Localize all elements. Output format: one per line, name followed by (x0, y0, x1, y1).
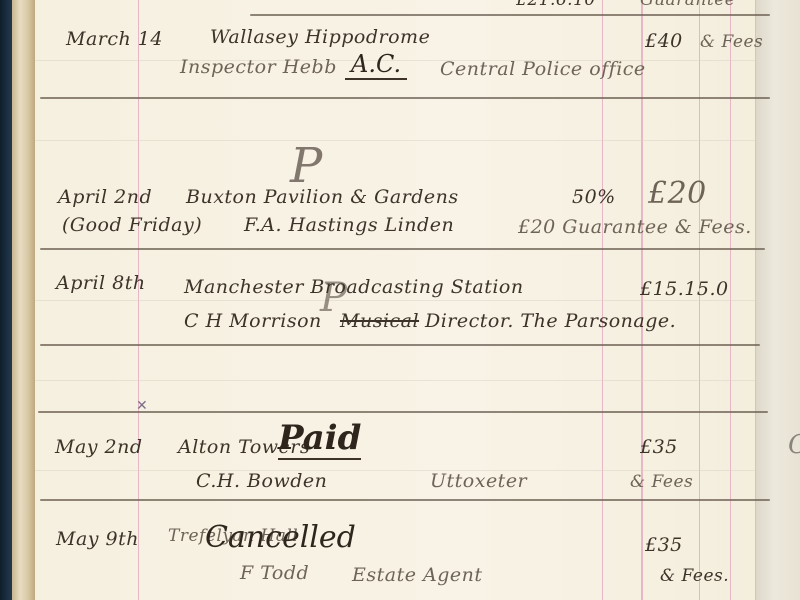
entry-contact: F Todd (240, 562, 309, 584)
paid-stamp: Paid (278, 418, 361, 460)
entry-contact: C.H. Bowden (196, 470, 327, 492)
faint-rule (35, 140, 755, 141)
entry-contact-detail: Director. The Parsonage. (425, 310, 676, 332)
entry-contact-overlay: A.C. (345, 50, 407, 80)
entry-venue: Wallasey Hippodrome (210, 26, 430, 48)
entry-fee: £35 (645, 534, 683, 556)
entry-contact: Inspector Hebb (180, 56, 337, 78)
book-binding (0, 0, 12, 600)
cross-mark: ✕ (136, 398, 148, 414)
entry-contact-detail: Central Police office (440, 58, 646, 80)
entry-contact-detail: Estate Agent (352, 564, 483, 586)
next-page-glyph: C (788, 430, 800, 460)
entry-date: March 14 (66, 28, 163, 50)
page-edge (12, 0, 36, 600)
entry-fee: £35 (640, 436, 678, 458)
faint-rule (35, 380, 755, 381)
next-page-edge (755, 0, 800, 600)
entry-venue: Manchester Broadcasting Station (184, 276, 524, 298)
entry-fee-note: & Fees. (660, 566, 729, 586)
entry-fee-note: & Fees (630, 472, 693, 492)
entry-contact: F.A. Hastings Linden (244, 214, 454, 236)
entry-fee: £15.15.0 (640, 278, 729, 300)
entry-fee: £20 (648, 176, 707, 211)
entry-divider (40, 344, 760, 346)
entry-date: May 2nd (55, 436, 143, 458)
entry-terms: 50% (572, 186, 616, 208)
top-partial-note: Guarantee (640, 0, 735, 10)
entry-contact-struck: Musical (340, 310, 419, 332)
entry-date: April 2nd (58, 186, 152, 208)
cancelled-stamp: Cancelled (205, 520, 356, 555)
entry-contact: C H Morrison (184, 310, 322, 332)
faint-rule (35, 300, 755, 301)
entry-contact-detail: Uttoxeter (430, 470, 527, 492)
entry-date: May 9th (56, 528, 139, 550)
entry-fee: £40 (645, 30, 683, 52)
entry-venue: Buxton Pavilion & Gardens (186, 186, 459, 208)
entry-guarantee: £20 Guarantee & Fees. (518, 216, 752, 238)
faint-rule (35, 470, 755, 471)
entry-fee-note: & Fees (700, 32, 763, 52)
entry-divider (40, 248, 765, 250)
entry-divider (250, 14, 770, 16)
entry-date-note: (Good Friday) (62, 214, 202, 236)
top-partial-amount: £21.6.10 (516, 0, 596, 10)
entry-divider (40, 97, 770, 99)
entry-divider (40, 499, 770, 501)
entry-date: April 8th (56, 272, 146, 294)
